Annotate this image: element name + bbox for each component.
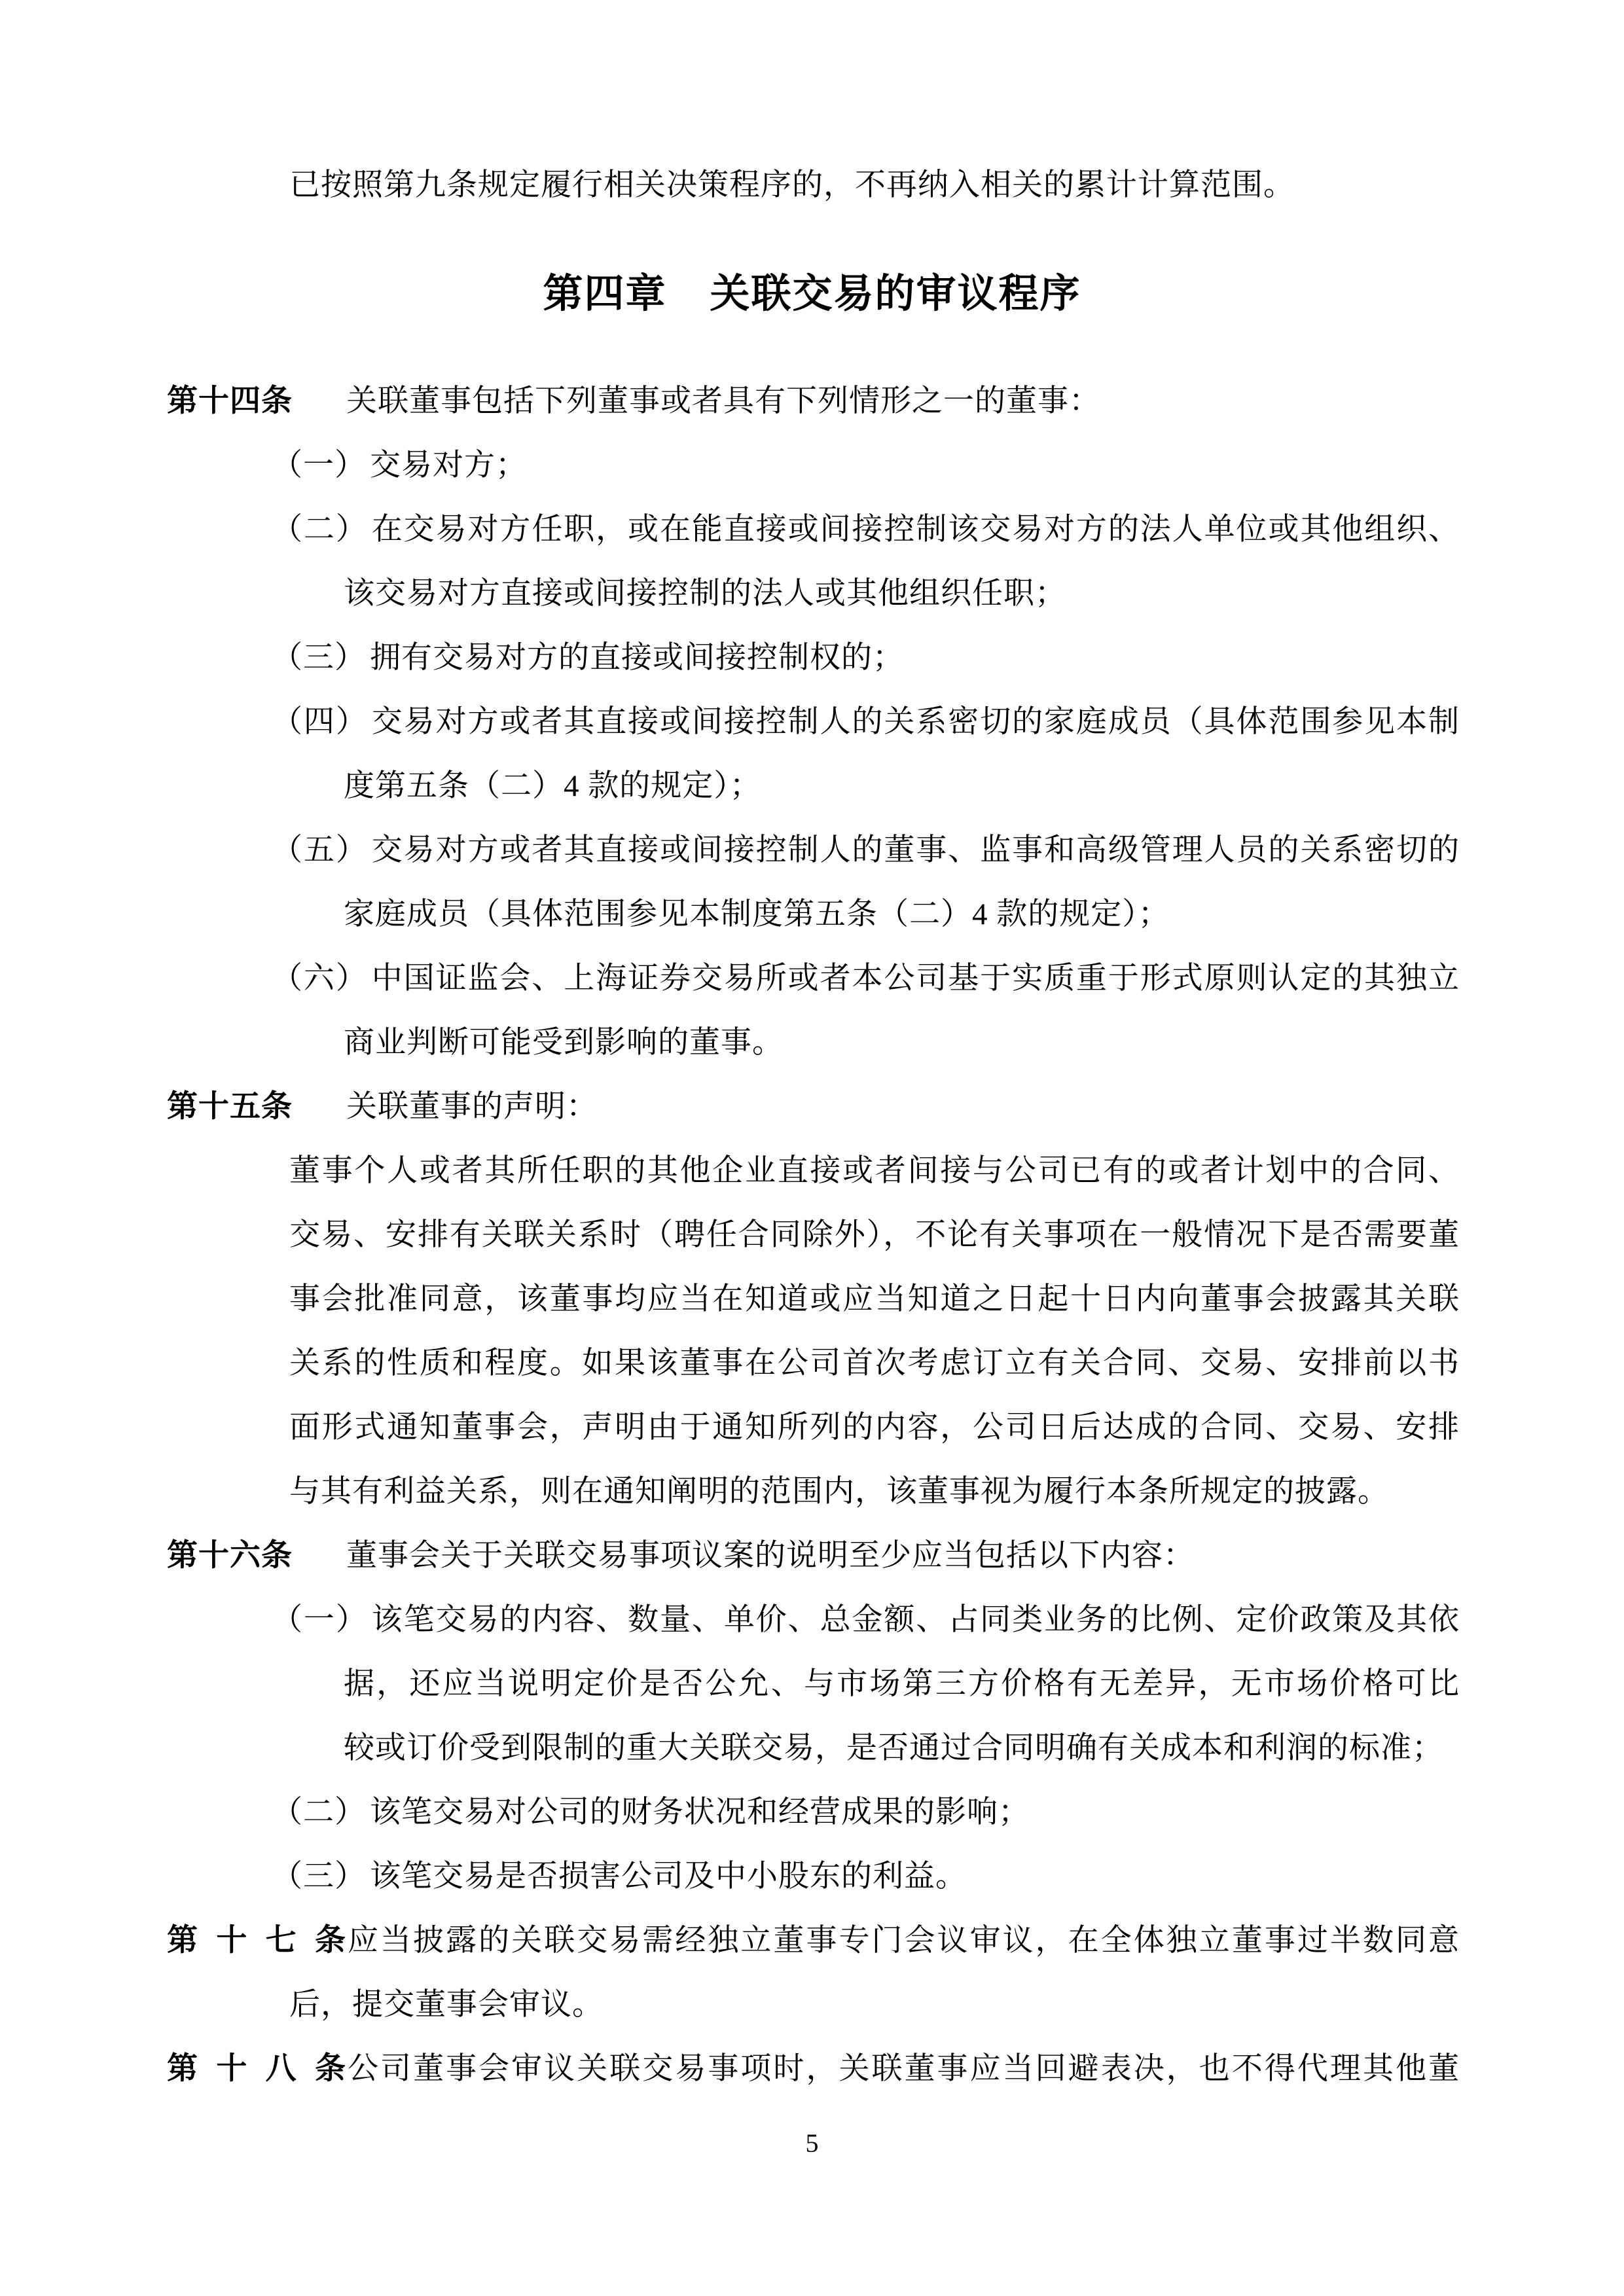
item-marker: （四）	[272, 705, 368, 739]
line-text: 董事会关于关联交易事项议案的说明至少应当包括以下内容：	[346, 1539, 1195, 1573]
list-item-line: （一）该笔交易的内容、数量、单价、总金额、占同类业务的比例、定价政策及其依	[272, 1588, 1460, 1652]
line-text: 家庭成员（具体范围参见本制度第五条（二）4 款的规定）；	[344, 897, 1170, 931]
list-item-line: （六）中国证监会、上海证券交易所或者本公司基于实质重于形式原则认定的其独立	[272, 946, 1460, 1011]
chapter-heading: 第四章关联交易的审议程序	[0, 262, 1624, 327]
list-item-line: （二）该笔交易对公司的财务状况和经营成果的影响；	[272, 1780, 1460, 1844]
line-text: 较或订价受到限制的重大关联交易，是否通过合同明确有关成本和利润的标准；	[344, 1731, 1443, 1765]
line-text: 拥有交易对方的直接或间接控制权的；	[370, 641, 904, 675]
text-line: 家庭成员（具体范围参见本制度第五条（二）4 款的规定）；	[344, 882, 1460, 946]
line-text: 该笔交易是否损害公司及中小股东的利益。	[370, 1859, 967, 1893]
intro-line: 已按照第九条规定履行相关决策程序的，不再纳入相关的累计计算范围。	[289, 153, 1460, 217]
list-item-line: （二）在交易对方任职，或在能直接或间接控制该交易对方的法人单位或其他组织、	[272, 497, 1460, 562]
line-text: 商业判断可能受到影响的董事。	[344, 1026, 784, 1060]
line-text: 交易对方；	[370, 448, 527, 482]
line-text: 后，提交董事会审议。	[289, 1988, 604, 2022]
text-line: 事会批准同意，该董事均应当在知道或应当知道之日起十日内向董事会披露其关联	[289, 1267, 1460, 1331]
line-text: 该笔交易对公司的财务状况和经营成果的影响；	[370, 1795, 1030, 1829]
line-text: 董事个人或者其所任职的其他企业直接或者间接与公司已有的或者计划中的合同、	[289, 1154, 1460, 1188]
article-line: 第十六条董事会关于关联交易事项议案的说明至少应当包括以下内容：	[167, 1524, 1460, 1588]
line-text: 事会批准同意，该董事均应当在知道或应当知道之日起十日内向董事会披露其关联	[289, 1282, 1460, 1316]
item-marker: （五）	[272, 833, 368, 867]
article-line: 第十五条关联董事的声明：	[167, 1075, 1460, 1139]
line-text: 应当披露的关联交易需经独立董事专门会议审议，在全体独立董事过半数同意	[346, 1924, 1460, 1958]
page-number-text: 5	[806, 2128, 819, 2158]
intro-line-text: 已按照第九条规定履行相关决策程序的，不再纳入相关的累计计算范围。	[289, 168, 1295, 202]
chapter-number: 第四章	[543, 272, 666, 316]
item-marker: （一）	[272, 1603, 368, 1637]
line-text: 面形式通知董事会，声明由于通知所列的内容，公司日后达成的合同、交易、安排	[289, 1410, 1460, 1444]
line-text: 关系的性质和程度。如果该董事在公司首次考虑订立有关合同、交易、安排前以书	[289, 1346, 1460, 1380]
text-line: 后，提交董事会审议。	[289, 1973, 1460, 2037]
article-line: 第十四条关联董事包括下列董事或者具有下列情形之一的董事：	[167, 369, 1460, 433]
text-line: 面形式通知董事会，声明由于通知所列的内容，公司日后达成的合同、交易、安排	[289, 1395, 1460, 1460]
text-line: 关系的性质和程度。如果该董事在公司首次考虑订立有关合同、交易、安排前以书	[289, 1331, 1460, 1395]
item-marker: （一）	[272, 448, 366, 482]
text-line: 度第五条（二）4 款的规定）；	[344, 754, 1460, 818]
item-marker: （二）	[272, 1795, 366, 1829]
list-item-line: （四）交易对方或者其直接或间接控制人的关系密切的家庭成员（具体范围参见本制	[272, 690, 1460, 754]
intro-paragraph: 已按照第九条规定履行相关决策程序的，不再纳入相关的累计计算范围。	[0, 0, 1624, 217]
list-item-line: （三）拥有交易对方的直接或间接控制权的；	[272, 626, 1460, 690]
line-text: 与其有利益关系，则在通知阐明的范围内，该董事视为履行本条所规定的披露。	[289, 1475, 1389, 1509]
article-line: 第十七条应当披露的关联交易需经独立董事专门会议审议，在全体独立董事过半数同意	[167, 1909, 1460, 1973]
article-number: 第十五条	[167, 1075, 346, 1139]
text-line: 据，还应当说明定价是否公允、与市场第三方价格有无差异，无市场价格可比	[344, 1652, 1460, 1716]
line-text: 交易、安排有关联关系时（聘任合同除外），不论有关事项在一般情况下是否需要董	[289, 1218, 1460, 1252]
article-number: 第十六条	[167, 1524, 346, 1588]
item-marker: （三）	[272, 641, 366, 675]
item-marker: （二）	[272, 512, 368, 547]
text-line: 商业判断可能受到影响的董事。	[344, 1011, 1460, 1075]
text-line: 董事个人或者其所任职的其他企业直接或者间接与公司已有的或者计划中的合同、	[289, 1139, 1460, 1203]
text-line: 较或订价受到限制的重大关联交易，是否通过合同明确有关成本和利润的标准；	[344, 1716, 1460, 1780]
item-marker: （三）	[272, 1859, 366, 1893]
line-text: 在交易对方任职，或在能直接或间接控制该交易对方的法人单位或其他组织、	[372, 512, 1460, 547]
line-text: 交易对方或者其直接或间接控制人的董事、监事和高级管理人员的关系密切的	[372, 833, 1460, 867]
line-text: 中国证监会、上海证券交易所或者本公司基于实质重于形式原则认定的其独立	[372, 961, 1460, 996]
line-text: 关联董事的声明：	[346, 1090, 598, 1124]
chapter-title: 关联交易的审议程序	[710, 272, 1081, 316]
article-number: 第十七条	[167, 1909, 346, 1973]
article-number: 第十四条	[167, 369, 346, 433]
line-text: 交易对方或者其直接或间接控制人的关系密切的家庭成员（具体范围参见本制	[372, 705, 1460, 739]
article-line: 第十八条公司董事会审议关联交易事项时，关联董事应当回避表决，也不得代理其他董	[167, 2037, 1460, 2101]
item-marker: （六）	[272, 961, 368, 996]
text-line: 该交易对方直接或间接控制的法人或其他组织任职；	[344, 562, 1460, 626]
text-line: 与其有利益关系，则在通知阐明的范围内，该董事视为履行本条所规定的披露。	[289, 1460, 1460, 1524]
text-line: 交易、安排有关联关系时（聘任合同除外），不论有关事项在一般情况下是否需要董	[289, 1203, 1460, 1267]
line-text: 据，还应当说明定价是否公允、与市场第三方价格有无差异，无市场价格可比	[344, 1667, 1460, 1701]
line-text: 度第五条（二）4 款的规定）；	[344, 769, 761, 803]
list-item-line: （一）交易对方；	[272, 433, 1460, 497]
line-text: 公司董事会审议关联交易事项时，关联董事应当回避表决，也不得代理其他董	[346, 2052, 1460, 2086]
document-body: 第十四条关联董事包括下列董事或者具有下列情形之一的董事：（一）交易对方；（二）在…	[0, 369, 1624, 2101]
article-number: 第十八条	[167, 2037, 346, 2101]
line-text: 关联董事包括下列董事或者具有下列情形之一的董事：	[346, 384, 1100, 418]
document-page: 已按照第九条规定履行相关决策程序的，不再纳入相关的累计计算范围。 第四章关联交易…	[0, 0, 1624, 2296]
page-number: 5	[0, 2111, 1624, 2176]
line-text: 该笔交易的内容、数量、单价、总金额、占同类业务的比例、定价政策及其依	[372, 1603, 1460, 1637]
list-item-line: （五）交易对方或者其直接或间接控制人的董事、监事和高级管理人员的关系密切的	[272, 818, 1460, 882]
list-item-line: （三）该笔交易是否损害公司及中小股东的利益。	[272, 1844, 1460, 1909]
line-text: 该交易对方直接或间接控制的法人或其他组织任职；	[344, 577, 1066, 611]
